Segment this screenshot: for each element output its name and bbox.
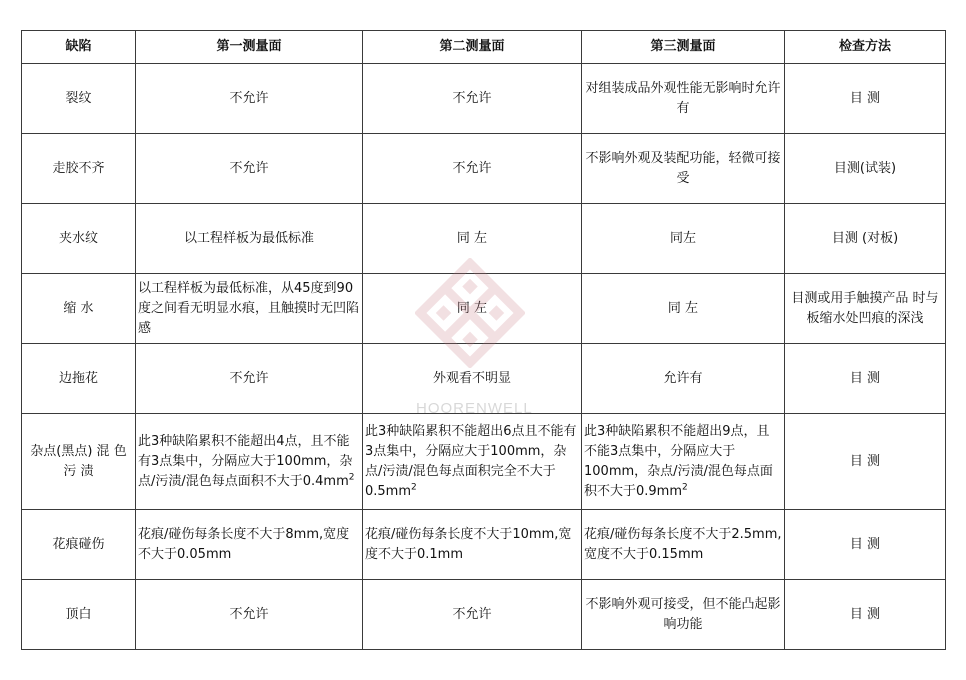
cell-text: 此3种缺陷累积不能超出4点，且不能有3点集中，分隔应大于100mm，杂点/污渍/… [138,434,352,489]
cell-defect: 顶白 [22,580,136,650]
cell-face-1: 以工程样板为最低标准 [136,204,363,274]
table-row: 顶白 不允许 不允许 不影响外观可接受，但不能凸起影响功能 目 测 [22,580,946,650]
header-method: 检查方法 [785,31,946,64]
cell-method: 目 测 [785,344,946,414]
cell-defect: 缩 水 [22,274,136,344]
cell-method: 目 测 [785,414,946,510]
cell-defect: 走胶不齐 [22,134,136,204]
cell-defect: 杂点(黑点) 混 色 污 渍 [22,414,136,510]
cell-method: 目 测 [785,64,946,134]
cell-face-3: 同左 [582,204,785,274]
cell-face-2: 同 左 [363,274,582,344]
cell-method: 目测 (对板) [785,204,946,274]
table-row: 缩 水 以工程样板为最低标准，从45度到90度之间看无明显水痕，且触摸时无凹陷感… [22,274,946,344]
cell-method: 目 测 [785,510,946,580]
cell-face-1: 不允许 [136,580,363,650]
table-row: 走胶不齐 不允许 不允许 不影响外观及装配功能，轻微可接受 目测(试装) [22,134,946,204]
superscript: 2 [411,482,417,492]
header-defect: 缺陷 [22,31,136,64]
cell-face-3: 同 左 [582,274,785,344]
cell-face-2: 不允许 [363,580,582,650]
cell-face-2: 不允许 [363,64,582,134]
cell-face-3: 花痕/碰伤每条长度不大于2.5mm,宽度不大于0.15mm [582,510,785,580]
cell-face-3: 不影响外观可接受，但不能凸起影响功能 [582,580,785,650]
cell-face-3: 此3种缺陷累积不能超出9点，且不能3点集中，分隔应大于100mm，杂点/污渍/混… [582,414,785,510]
table-row: 边拖花 不允许 外观看不明显 允许有 目 测 [22,344,946,414]
cell-text: 此3种缺陷累积不能超出6点且不能有3点集中，分隔应大于100mm，杂点/污渍/混… [365,424,577,499]
cell-face-1: 不允许 [136,64,363,134]
table-row: 花痕碰伤 花痕/碰伤每条长度不大于8mm,宽度不大于0.05mm 花痕/碰伤每条… [22,510,946,580]
cell-defect: 裂纹 [22,64,136,134]
table-row: 裂纹 不允许 不允许 对组装成品外观性能无影响时允许有 目 测 [22,64,946,134]
cell-face-3: 对组装成品外观性能无影响时允许有 [582,64,785,134]
cell-face-1: 以工程样板为最低标准，从45度到90度之间看无明显水痕，且触摸时无凹陷感 [136,274,363,344]
table-row: 夹水纹 以工程样板为最低标准 同 左 同左 目测 (对板) [22,204,946,274]
cell-face-1: 不允许 [136,344,363,414]
cell-face-2: 外观看不明显 [363,344,582,414]
inspection-standard-table: 缺陷 第一测量面 第二测量面 第三测量面 检查方法 裂纹 不允许 不允许 对组装… [21,30,946,650]
cell-method: 目 测 [785,580,946,650]
cell-face-3: 不影响外观及装配功能，轻微可接受 [582,134,785,204]
header-face-2: 第二测量面 [363,31,582,64]
superscript: 2 [682,482,688,492]
cell-text: 此3种缺陷累积不能超出9点，且不能3点集中，分隔应大于100mm，杂点/污渍/混… [584,424,773,499]
table-header-row: 缺陷 第一测量面 第二测量面 第三测量面 检查方法 [22,31,946,64]
cell-face-3: 允许有 [582,344,785,414]
cell-method: 目测(试装) [785,134,946,204]
superscript: 2 [349,472,355,482]
cell-face-2: 不允许 [363,134,582,204]
cell-face-1: 花痕/碰伤每条长度不大于8mm,宽度不大于0.05mm [136,510,363,580]
cell-method: 目测或用手触摸产品 时与板缩水处凹痕的深浅 [785,274,946,344]
cell-face-2: 此3种缺陷累积不能超出6点且不能有3点集中，分隔应大于100mm，杂点/污渍/混… [363,414,582,510]
cell-face-1: 此3种缺陷累积不能超出4点，且不能有3点集中，分隔应大于100mm，杂点/污渍/… [136,414,363,510]
cell-face-2: 花痕/碰伤每条长度不大于10mm,宽度不大于0.1mm [363,510,582,580]
header-face-1: 第一测量面 [136,31,363,64]
cell-defect: 夹水纹 [22,204,136,274]
table-row: 杂点(黑点) 混 色 污 渍 此3种缺陷累积不能超出4点，且不能有3点集中，分隔… [22,414,946,510]
cell-face-1: 不允许 [136,134,363,204]
cell-defect: 边拖花 [22,344,136,414]
cell-defect: 花痕碰伤 [22,510,136,580]
cell-face-2: 同 左 [363,204,582,274]
header-face-3: 第三测量面 [582,31,785,64]
